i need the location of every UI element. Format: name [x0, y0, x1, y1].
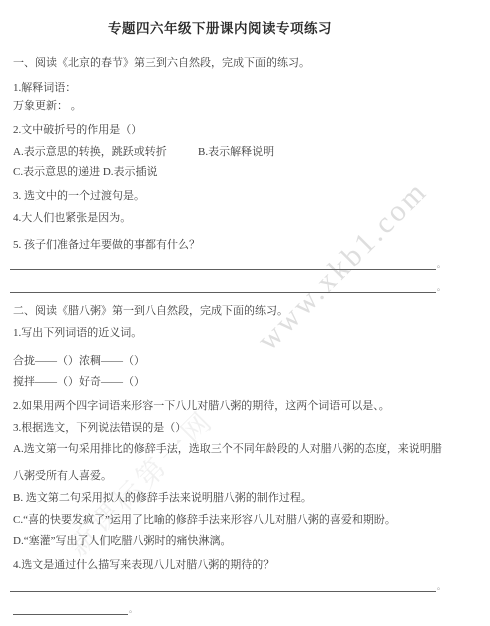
answer-blank-line: 。 — [10, 580, 443, 592]
s1-q1-item: 万象更新： 。 — [13, 98, 440, 114]
s2-q1-pair-2: 搅拌——（）好奇——（） — [13, 374, 440, 390]
s1-q2-options-cd: C.表示意思的递进 D.表示插说 — [13, 164, 440, 180]
s1-q1-label: 1.解释词语： — [13, 80, 440, 96]
document-content: 专题四六年级下册课内阅读专项练习 一、阅读《北京的春节》第三到六自然段，完成下面… — [0, 0, 490, 626]
s2-q3-option-d: D.“塞灌”写出了人们吃腊八粥时的痛快淋漓。 — [13, 533, 440, 549]
s1-q2-stem: 2.文中破折号的作用是（） — [13, 122, 440, 138]
answer-rule — [10, 257, 436, 270]
s2-q3-option-a-line1: A.选文第一句采用排比的修辞手法，选取三个不同年龄段的人对腊八粥的态度，来说明腊 — [13, 441, 440, 457]
answer-rule — [13, 602, 128, 615]
answer-blank-line: 。 — [10, 281, 443, 293]
s2-q1-label: 1.写出下列词语的近义词。 — [13, 325, 440, 341]
answer-blank-line: 。 — [10, 258, 443, 270]
answer-blank-line-short: 。 — [13, 603, 135, 615]
s2-q3-option-a-line2: 八粥受所有人喜爱。 — [13, 468, 440, 484]
section2-heading: 二、阅读《腊八粥》第一到八自然段，完成下面的练习。 — [13, 303, 440, 319]
s1-q2-options-ab: A.表示意思的转换，跳跃或转折 B.表示解释说明 — [13, 144, 440, 160]
s2-q3-option-c: C.“喜的快要发疯了”运用了比喻的修辞手法来形容八儿对腊八粥的喜爱和期盼。 — [13, 512, 440, 528]
answer-end-mark: 。 — [129, 606, 135, 614]
section1-heading: 一、阅读《北京的春节》第三到六自然段，完成下面的练习。 — [13, 55, 440, 71]
worksheet-page: www.xkb1.com 新课标第一网 专题四六年级下册课内阅读专项练习 一、阅… — [0, 0, 490, 626]
answer-rule — [10, 280, 436, 293]
page-title: 专题四六年级下册课内阅读专项练习 — [0, 17, 440, 37]
answer-rule — [10, 579, 436, 592]
answer-end-mark: 。 — [437, 261, 443, 269]
s2-q3-option-b: B. 选文第二句采用拟人的修辞手法来说明腊八粥的制作过程。 — [13, 490, 440, 506]
s1-q2-option-a: A.表示意思的转换，跳跃或转折 — [13, 146, 167, 158]
s1-q2-option-b: B.表示解释说明 — [198, 144, 274, 160]
s2-q1-pair-1: 合拢——（）浓稠——（） — [13, 353, 440, 369]
s1-q3: 3. 选文中的一个过渡句是。 — [13, 188, 440, 204]
s1-q4: 4.大人们也紧张是因为。 — [13, 210, 440, 226]
answer-end-mark: 。 — [437, 284, 443, 292]
s2-q3-stem: 3.根据选文，下列说法错误的是（） — [13, 420, 440, 436]
s2-q4: 4.选文是通过什么描写来表现八儿对腊八粥的期待的？ — [13, 557, 440, 573]
answer-end-mark: 。 — [437, 583, 443, 591]
s2-q2: 2.如果用两个四字词语来形容一下八儿对腊八粥的期待，这两个词语可以是、。 — [13, 398, 440, 414]
s1-q5: 5. 孩子们准备过年要做的事都有什么？ — [13, 237, 440, 253]
